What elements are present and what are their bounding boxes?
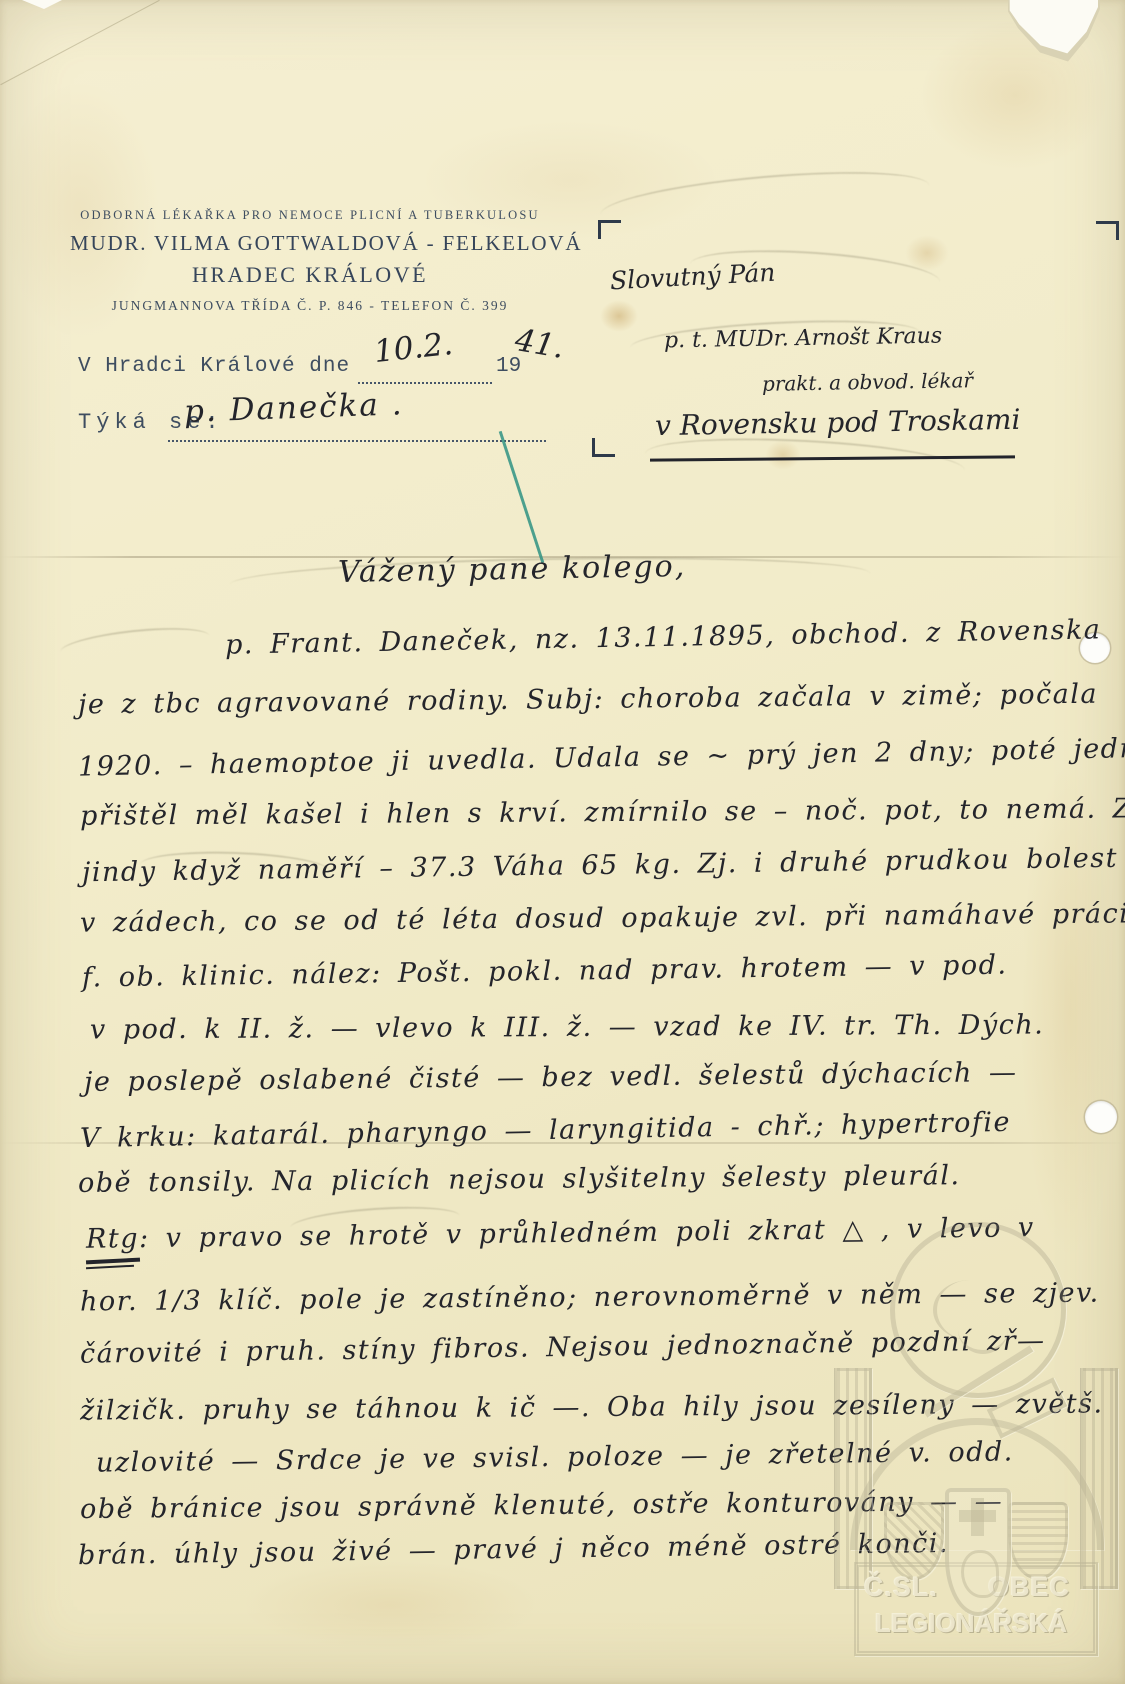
- scanned-letter-page: ODBORNÁ LÉKAŘKA PRO NEMOCE PLICNÍ A TUBE…: [0, 0, 1125, 1684]
- body-line: přištěl měl kašel i hlen s krví. zmírnil…: [80, 793, 1125, 831]
- body-line: 1920. – haemoptoe ji uvedla. Udala se ~ …: [78, 732, 1125, 782]
- date-dotted-line: [358, 381, 492, 384]
- emblem-cross-icon: [959, 1510, 996, 1522]
- emblem-center-shield: [945, 1488, 1011, 1616]
- date-printed-prefix: V Hradci Králové dne: [78, 355, 350, 378]
- handwritten-day-month: 10.2.: [372, 326, 454, 370]
- letterhead-specialty-line: ODBORNÁ LÉKAŘKA PRO NEMOCE PLICNÍ A TUBE…: [70, 208, 550, 223]
- body-line: jindy když naměří – 37.3 Váha 65 kg. Zj.…: [82, 843, 1118, 888]
- body-line: V krku: katarál. pharyngo — laryngitida …: [80, 1107, 1011, 1154]
- stain: [600, 300, 638, 332]
- letterhead: ODBORNÁ LÉKAŘKA PRO NEMOCE PLICNÍ A TUBE…: [70, 208, 550, 314]
- emblem-column: [1080, 1368, 1118, 1589]
- recipient-line: v Rovensku pod Troskami: [655, 403, 1021, 442]
- handwritten-subject: p. Danečka .: [183, 386, 404, 430]
- rtg-underline: [86, 1265, 134, 1270]
- torn-edge-nick: [22, 0, 62, 9]
- salutation: Vážený pane kolego,: [338, 549, 687, 590]
- letterhead-doctor-name: MUDR. VILMA GOTTWALDOVÁ - FELKELOVÁ: [70, 231, 550, 256]
- stain: [240, 1560, 540, 1650]
- letterhead-street-line: JUNGMANNOVA TŘÍDA Č. P. 846 - TELEFON Č.…: [70, 298, 550, 314]
- recipient-line: prakt. a obvod. lékař: [762, 368, 973, 396]
- body-line: p. Frant. Daneček, nz. 13.11.1895, obcho…: [225, 614, 1102, 660]
- body-line: v zádech, co se od té léta dosud opakuje…: [80, 898, 1125, 938]
- crop-mark-bottom-left: [592, 438, 615, 457]
- green-crease-mark: [499, 431, 544, 563]
- body-line: je z tbc agravované rodiny. Subj: chorob…: [78, 679, 1098, 721]
- emblem-face-stroke: [958, 1305, 1008, 1354]
- body-line: brán. úhly jsou živé — pravé j něco méně…: [78, 1528, 949, 1571]
- crop-mark-top-right: [1096, 221, 1119, 240]
- emblem-column: [834, 1368, 872, 1589]
- watermark-word-csl: Č.SL.: [864, 1572, 938, 1603]
- emblem-lion-icon: [961, 1550, 999, 1598]
- legion-emblem-watermark: Č.SL. OBEC LEGIONÁŘSKÁ: [828, 1210, 1118, 1665]
- subject-dotted-line: [168, 439, 546, 442]
- body-line: v pod. k II. ž. — vlevo k III. ž. — vzad…: [90, 1010, 1044, 1046]
- recipient-line: Slovutný Pán: [609, 258, 776, 296]
- rtg-underline: [86, 1258, 140, 1264]
- recipient-line: p. t. MUDr. Arnošt Kraus: [664, 324, 943, 354]
- letterhead-city-line: HRADEC KRÁLOVÉ: [70, 262, 550, 288]
- body-line: obě tonsily. Na plicích nejsou slyšiteln…: [78, 1160, 961, 1199]
- body-line: f. ob. klinic. nález: Pošt. pokl. nad pr…: [82, 950, 1008, 994]
- ink-bleed-ghost: [59, 622, 211, 666]
- corner-crease: [0, 0, 159, 85]
- crop-mark-top-left: [598, 220, 621, 239]
- punch-hole: [1085, 1101, 1117, 1133]
- body-line: je poslepě oslabené čisté — bez vedl. še…: [84, 1057, 1018, 1098]
